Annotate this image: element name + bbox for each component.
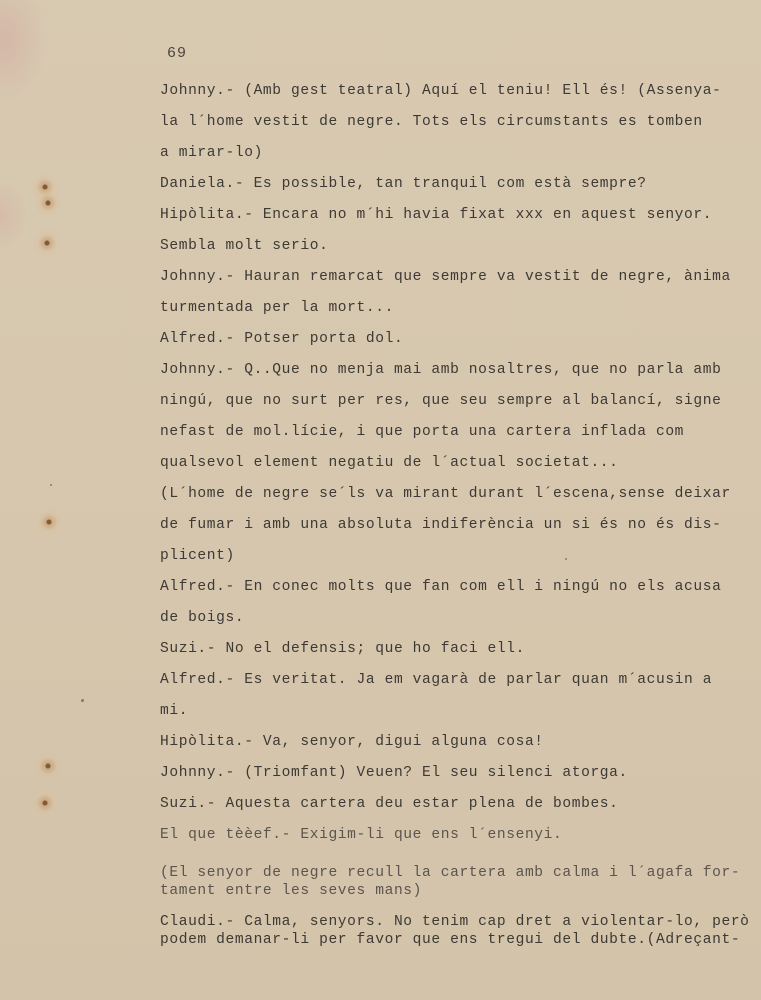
text-line: qualsevol element negatiu de l´actual so… (160, 448, 750, 479)
document-page: 69 Johnny.- (Amb gest teatral) Aquí el t… (0, 0, 761, 1000)
script-text: Johnny.- (Amb gest teatral) Aquí el teni… (160, 76, 750, 949)
text-line: Sembla molt serio. (160, 231, 750, 262)
text-line: la l´home vestit de negre. Tots els circ… (160, 107, 750, 138)
text-line: de fumar i amb una absoluta indiferència… (160, 510, 750, 541)
text-line: Daniela.- Es possible, tan tranquil com … (160, 169, 750, 200)
text-line: Alfred.- En conec molts que fan com ell … (160, 572, 750, 603)
text-line: tament entre les seves mans) (160, 882, 750, 900)
text-line: Hipòlita.- Encara no m´hi havia fixat xx… (160, 200, 750, 231)
rust-stain (33, 751, 63, 781)
text-line: a mirar-lo) (160, 138, 750, 169)
paper-speck (81, 699, 84, 702)
text-line: Alfred.- Potser porta dol. (160, 324, 750, 355)
text-line: Johnny.- Q..Que no menja mai amb nosaltr… (160, 355, 750, 386)
text-line: Alfred.- Es veritat. Ja em vagarà de par… (160, 665, 750, 696)
text-line: turmentada per la mort... (160, 293, 750, 324)
text-line: Hipòlita.- Va, senyor, digui alguna cosa… (160, 727, 750, 758)
text-line: Suzi.- Aquesta cartera deu estar plena d… (160, 789, 750, 820)
line-spacer (160, 851, 750, 864)
rust-stain (31, 789, 59, 817)
text-line: (L´home de negre se´ls va mirant durant … (160, 479, 750, 510)
text-line: podem demanar-li per favor que ens tregu… (160, 931, 750, 949)
text-line: mi. (160, 696, 750, 727)
paper-speck (50, 484, 52, 486)
text-line: de boigs. (160, 603, 750, 634)
rust-stain (32, 228, 62, 258)
text-line: plicent) (160, 541, 750, 572)
text-line: Claudi.- Calma, senyors. No tenim cap dr… (160, 913, 750, 931)
rust-stain (33, 506, 65, 538)
text-line: El que tèèef.- Exigim-li que ens l´ensen… (160, 820, 750, 851)
text-line: nefast de mol.lície, i que porta una car… (160, 417, 750, 448)
text-line: Johnny.- (Amb gest teatral) Aquí el teni… (160, 76, 750, 107)
page-number: 69 (167, 45, 187, 62)
text-line: Suzi.- No el defensis; que ho faci ell. (160, 634, 750, 665)
text-line: (El senyor de negre recull la cartera am… (160, 864, 750, 882)
text-line: Johnny.- (Triomfant) Veuen? El seu silen… (160, 758, 750, 789)
line-spacer (160, 900, 750, 913)
text-line: Johnny.- Hauran remarcat que sempre va v… (160, 262, 750, 293)
rust-stain (35, 190, 61, 216)
text-line: ningú, que no surt per res, que seu semp… (160, 386, 750, 417)
